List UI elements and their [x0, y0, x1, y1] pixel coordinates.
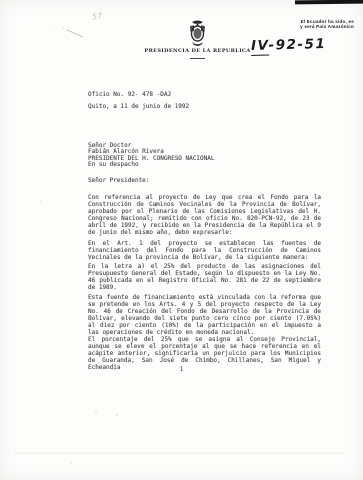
- pencil-annotation: 57: [91, 11, 102, 21]
- handwritten-code-underlined: IV: [251, 38, 269, 56]
- scan-speck: [116, 414, 118, 416]
- amazonic-slogan: El Ecuador ha sido, es y será País Amazó…: [300, 19, 354, 30]
- scan-registration-bar: [295, 0, 363, 4]
- body-paragraph-1: Con referencia al proyecto de Ley que cr…: [88, 194, 321, 236]
- handwritten-code-rest: -92-51: [268, 36, 326, 54]
- scanned-letter-page: El Ecuador ha sido, es y será País Amazó…: [0, 0, 363, 480]
- body-paragraph-3: En la letra a) el 25% del producto de la…: [88, 263, 321, 291]
- recipient-address: En su despacho: [88, 162, 214, 168]
- pencil-marks: . ,: [52, 22, 68, 30]
- coat-of-arms-ecuador-icon: [189, 19, 206, 51]
- scan-speck: [70, 462, 73, 464]
- letterhead-title: PRESIDENCIA DE LA REPUBLICA: [130, 48, 265, 54]
- recipient-block: Señor Doctor Fabián Alarcón Rivera PRESI…: [88, 143, 214, 169]
- oficio-number-line: Oficio No. 92- 478 -DAJ: [88, 91, 171, 98]
- letterhead-rule: [190, 58, 205, 59]
- amazonic-slogan-line2: y será País Amazónico: [300, 24, 354, 29]
- handwritten-file-code: IV-92-51: [251, 36, 327, 54]
- body-paragraph-2: En el Art. 1 del proyecto se establecen …: [88, 240, 321, 261]
- scan-speck: [40, 200, 42, 205]
- page-number: 1: [0, 366, 363, 373]
- date-line: Quito, a 11 de junio de 1992: [88, 103, 189, 110]
- pencil-stroke: [67, 29, 84, 37]
- scan-streak-artifact: [14, 452, 344, 455]
- body-paragraph-4: Esta fuente de financiamiento está vincu…: [88, 294, 321, 336]
- salutation: Señor Presidente:: [88, 177, 149, 184]
- scan-speck: [95, 412, 97, 414]
